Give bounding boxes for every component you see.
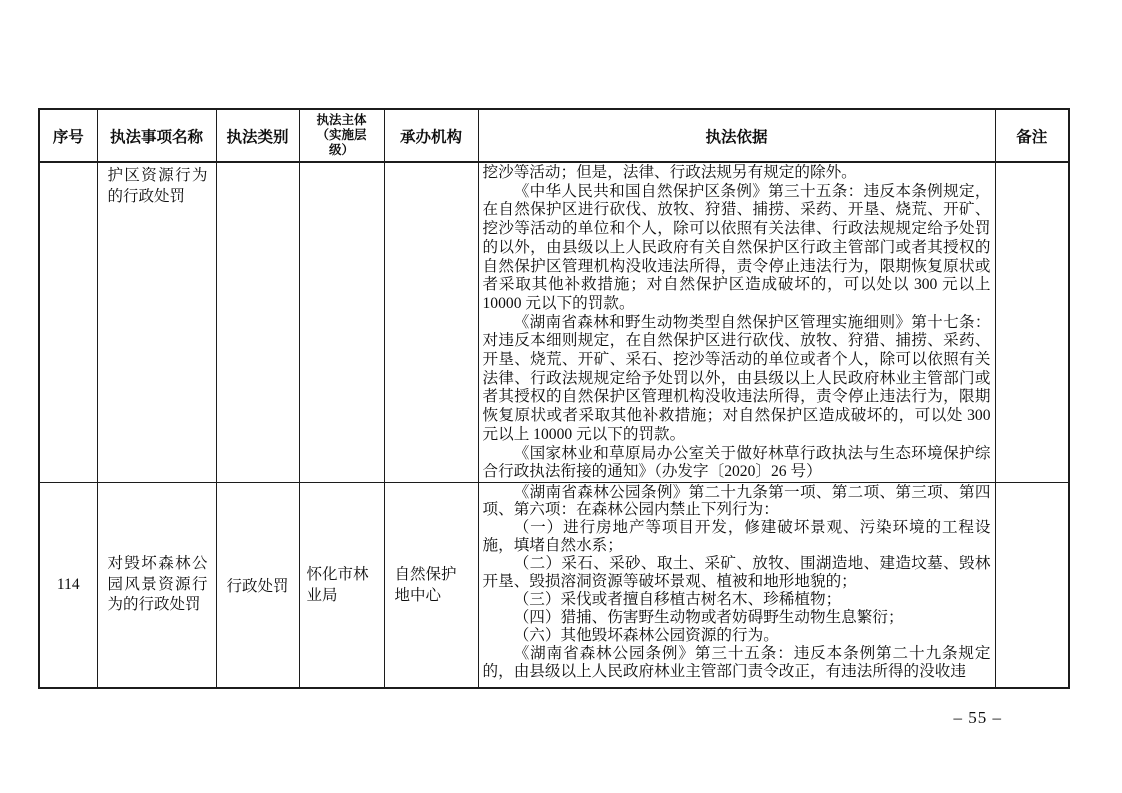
basis-paragraph: （四）猎捕、伤害野生动物或者妨碍野生动物生息繁衍； (483, 609, 991, 627)
cell-remark (995, 162, 1069, 482)
col-header-agency: 承办机构 (384, 109, 478, 162)
item-name-text: 护区资源行为的行政处罚 (108, 166, 208, 207)
basis-paragraph: （一）进行房地产等项目开发，修建破坏景观、污染环境的工程设施，填堵自然水系； (483, 519, 991, 555)
cell-item-name: 护区资源行为的行政处罚 (97, 162, 216, 482)
item-name-text: 对毁坏森林公园风景资源行为的行政处罚 (108, 554, 208, 616)
basis-text-block: 《湖南省森林公园条例》第二十九条第一项、第二项、第三项、第四项、第六项：在森林公… (483, 484, 991, 687)
subject-text: 怀化市林业局 (307, 564, 379, 606)
document-page: 序号 执法事项名称 执法类别 执法主体 （实施层级） 承办机构 执法依据 备注 … (0, 0, 1122, 793)
table-header-row: 序号 执法事项名称 执法类别 执法主体 （实施层级） 承办机构 执法依据 备注 (39, 109, 1069, 162)
basis-paragraph: （二）采石、采砂、取土、采矿、放牧、围湖造地、建造坟墓、毁林开垦、毁损溶洞资源等… (483, 555, 991, 591)
col-header-category: 执法类别 (216, 109, 299, 162)
basis-paragraph: 《湖南省森林公园条例》第二十九条第一项、第二项、第三项、第四项、第六项：在森林公… (483, 484, 991, 520)
agency-text: 自然保护地中心 (395, 564, 461, 606)
col-header-seq: 序号 (39, 109, 97, 162)
cell-agency (384, 162, 478, 482)
cell-category: 行政处罚 (216, 482, 299, 688)
basis-paragraph: （三）采伐或者擅自移植古树名木、珍稀植物； (483, 591, 991, 609)
cell-remark (995, 482, 1069, 688)
table-row-continuation: 护区资源行为的行政处罚 挖沙等活动；但是，法律、行政法规另有规定的除外。《中华人… (39, 162, 1069, 482)
cell-item-name: 对毁坏森林公园风景资源行为的行政处罚 (97, 482, 216, 688)
basis-text-block: 挖沙等活动；但是，法律、行政法规另有规定的除外。《中华人民共和国自然保护区条例》… (483, 164, 991, 481)
basis-paragraph: 《中华人民共和国自然保护区条例》第三十五条：违反本条例规定，在自然保护区进行砍伐… (483, 183, 991, 314)
cell-subject (299, 162, 384, 482)
cell-subject: 怀化市林业局 (299, 482, 384, 688)
basis-paragraph: 《国家林业和草原局办公室关于做好林草行政执法与生态环境保护综合行政执法衔接的通知… (483, 445, 991, 481)
cell-basis: 挖沙等活动；但是，法律、行政法规另有规定的除外。《中华人民共和国自然保护区条例》… (478, 162, 995, 482)
basis-paragraph: （六）其他毁坏森林公园资源的行为。 (483, 627, 991, 645)
enforcement-items-table: 序号 执法事项名称 执法类别 执法主体 （实施层级） 承办机构 执法依据 备注 … (38, 108, 1070, 689)
col-header-subject: 执法主体 （实施层级） (299, 109, 384, 162)
col-header-item-name: 执法事项名称 (97, 109, 216, 162)
table-row-114: 114 对毁坏森林公园风景资源行为的行政处罚 行政处罚 怀化市林业局 自然保护地… (39, 482, 1069, 688)
col-header-subject-label: 执法主体 （实施层级） (313, 113, 370, 158)
cell-basis: 《湖南省森林公园条例》第二十九条第一项、第二项、第三项、第四项、第六项：在森林公… (478, 482, 995, 688)
cell-seq: 114 (39, 482, 97, 688)
page-number: – 55 – (954, 708, 1003, 728)
col-header-basis: 执法依据 (478, 109, 995, 162)
cell-seq (39, 162, 97, 482)
basis-paragraph: 《湖南省森林公园条例》第三十五条：违反本条例第二十九条规定的，由县级以上人民政府… (483, 645, 991, 681)
basis-paragraph: 挖沙等活动；但是，法律、行政法规另有规定的除外。 (483, 164, 991, 183)
cell-agency: 自然保护地中心 (384, 482, 478, 688)
col-header-remark: 备注 (995, 109, 1069, 162)
cell-category (216, 162, 299, 482)
basis-paragraph: 《湖南省森林和野生动物类型自然保护区管理实施细则》第十七条：对违反本细则规定，在… (483, 314, 991, 445)
